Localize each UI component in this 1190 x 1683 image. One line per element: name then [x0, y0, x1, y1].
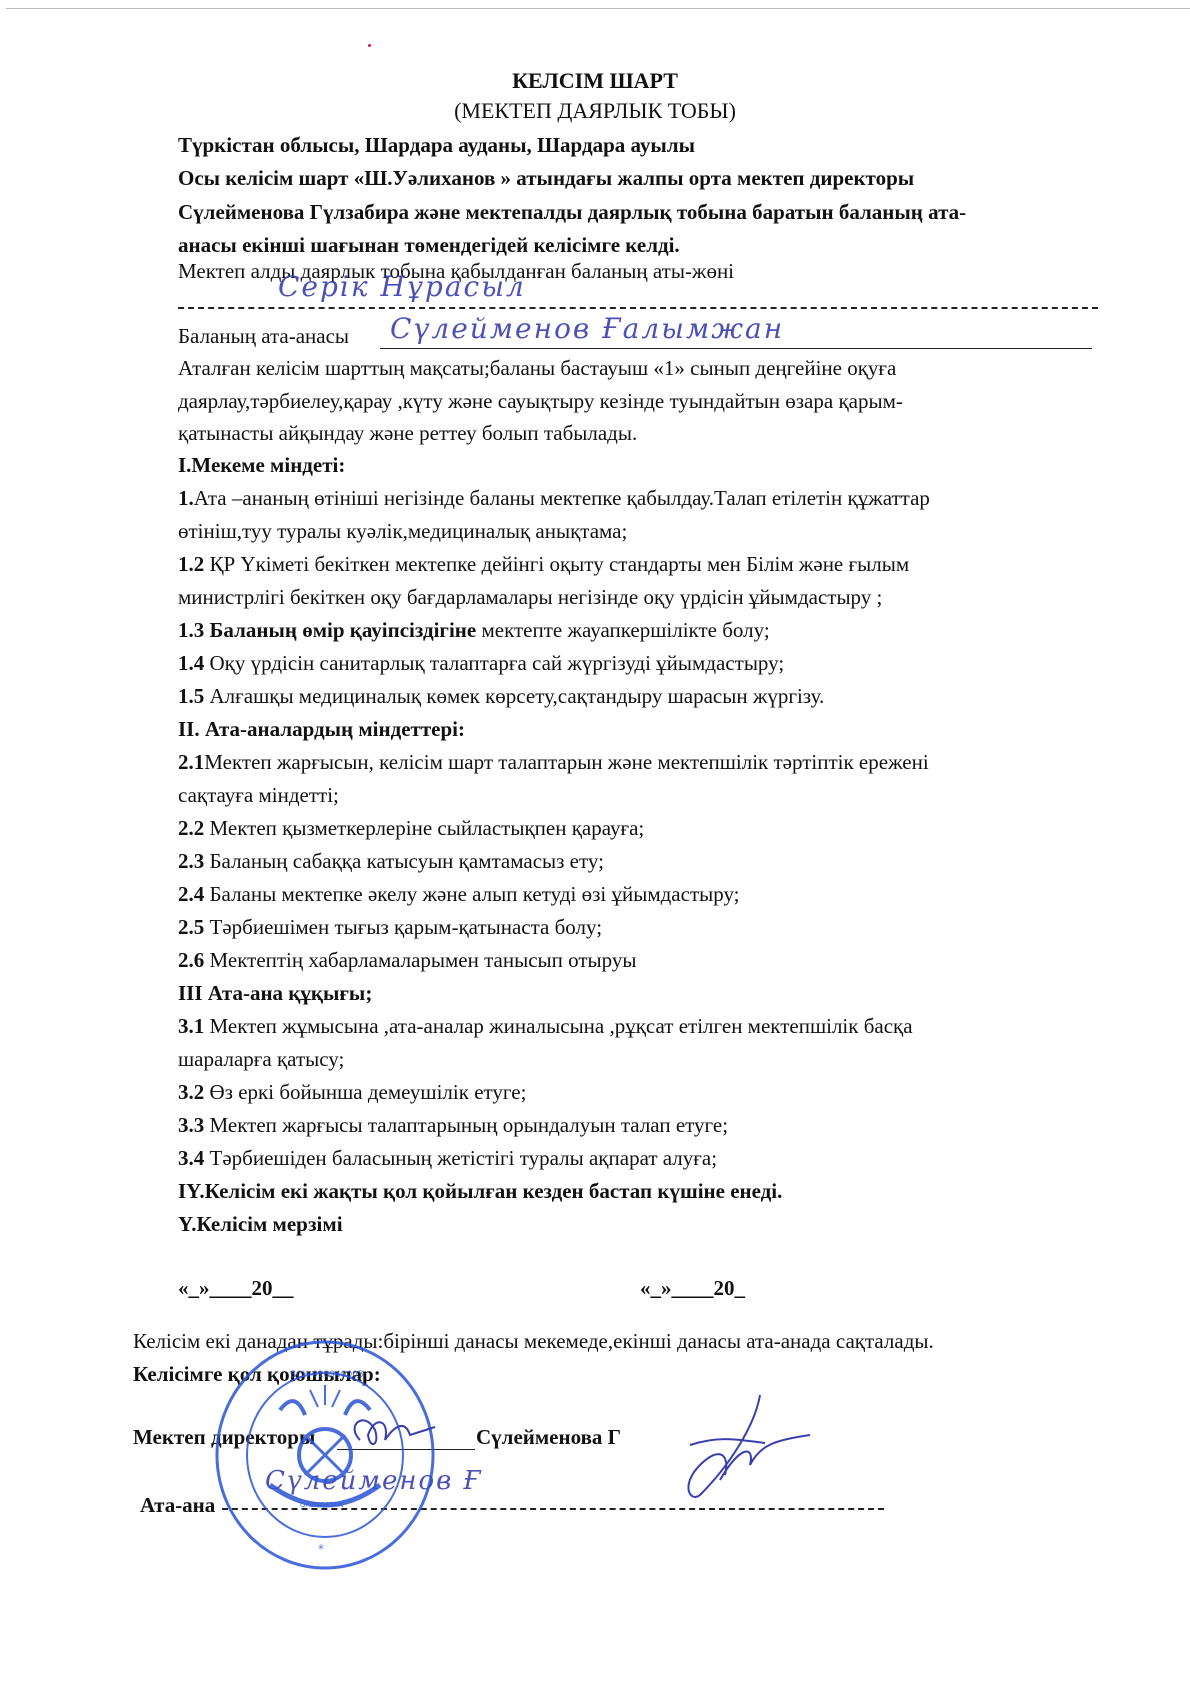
- location-line: Түркістан облысы, Шардара ауданы, Шардар…: [178, 132, 695, 158]
- purpose-line-2: даярлау,тәрбиелеу,қарау ,күту және сауық…: [178, 388, 903, 414]
- item-text: ҚР Үкіметі бекіткен мектепке дейінгі оқы…: [204, 552, 909, 576]
- item-number: 2.1: [178, 750, 204, 774]
- item-text: мектепте жауапкершілікте болу;: [476, 618, 769, 642]
- item-number: 3.4: [178, 1146, 204, 1170]
- document-subtitle: (МЕКТЕП ДАЯРЛЫК ТОБЫ): [0, 98, 1190, 124]
- intro-line-1: Осы келісім шарт «Ш.Уәлиханов » атындағы…: [178, 165, 914, 191]
- item-text: Оқу үрдісін санитарлық талаптарға сай жү…: [204, 651, 784, 675]
- section-3-heading: III Ата-ана құқығы;: [178, 980, 372, 1006]
- section-1-heading: I.Мекеме міндеті:: [178, 452, 345, 478]
- section-1-item-1: 1.Ата –ананың өтініші негізінде баланы м…: [178, 485, 930, 511]
- item-text: Ата –ананың өтініші негізінде баланы мек…: [194, 486, 930, 510]
- item-text: Мектеп жарғысы талаптарының орындалуын т…: [204, 1113, 728, 1137]
- section-2-item-5: 2.5 Тәрбиешімен тығыз қарым-қатынаста бо…: [178, 914, 602, 940]
- section-2-item-1-cont: сақтауға міндетті;: [178, 782, 339, 808]
- svg-text:QAZAQSTAN: QAZAQSTAN: [300, 1501, 343, 1509]
- item-text: Мектептің хабарламаларымен танысып отыру…: [204, 948, 636, 972]
- item-text: Баланы мектепке әкелу және алып кетуді ө…: [204, 882, 739, 906]
- parent-signature-icon: [660, 1385, 820, 1505]
- item-number: 2.5: [178, 915, 204, 939]
- parent-sign-label: Ата-ана: [140, 1492, 215, 1518]
- intro-line-3: анасы екінші шағынан төмендегідей келісі…: [178, 232, 680, 258]
- section-1-item-5: 1.5 Алғашқы медициналық көмек көрсету,са…: [178, 683, 824, 709]
- item-number: 1.: [178, 486, 194, 510]
- section-3-item-2: 3.2 Өз еркі бойынша демеушілік етуге;: [178, 1079, 526, 1105]
- item-number: 2.3: [178, 849, 204, 873]
- parent-name-handwritten: Сүлейменов Ғалымжан: [390, 312, 784, 345]
- section-2-item-4: 2.4 Баланы мектепке әкелу және алып кету…: [178, 881, 740, 907]
- child-name-handwritten: Серік Нұрасыл: [278, 270, 526, 303]
- section-1-item-4: 1.4 Оқу үрдісін санитарлық талаптарға са…: [178, 650, 784, 676]
- section-3-item-1-cont: шараларға қатысу;: [178, 1046, 344, 1072]
- item-number: 2.4: [178, 882, 204, 906]
- section-3-item-4: 3.4 Тәрбиешіден баласының жетістігі тура…: [178, 1145, 717, 1171]
- item-text: Мектеп қызметкерлеріне сыйластықпен қара…: [204, 816, 644, 840]
- item-number: 3.2: [178, 1080, 204, 1104]
- svg-text:*: *: [318, 1542, 324, 1556]
- parent-field-line[interactable]: [380, 348, 1092, 349]
- item-text: Тәрбиешіден баласының жетістігі туралы а…: [204, 1146, 717, 1170]
- section-1-item-2-cont: министрлігі бекіткен оқу бағдарламалары …: [178, 584, 882, 610]
- clause-iv: IY.Келісім екі жақты қол қойылған кезден…: [178, 1178, 782, 1204]
- section-2-item-2: 2.2 Мектеп қызметкерлеріне сыйластықпен …: [178, 815, 644, 841]
- item-number: 1.2: [178, 552, 204, 576]
- section-3-item-3: 3.3 Мектеп жарғысы талаптарының орындалу…: [178, 1112, 728, 1138]
- clause-v: Y.Келісім мерзімі: [178, 1211, 343, 1237]
- official-stamp-icon: БСН 010940005 QAZAQSTAN *: [210, 1335, 440, 1575]
- item-number: 1.3 Баланың өмір қауіпсіздігіне: [178, 618, 476, 642]
- ink-speck: [368, 44, 371, 47]
- item-text: Мектеп жұмысына ,ата-аналар жиналысына ,…: [204, 1014, 912, 1038]
- intro-line-2: Сүлейменова Гүлзабира және мектепалды да…: [178, 199, 966, 225]
- document-title: КЕЛСІМ ШАРТ: [0, 68, 1190, 94]
- section-1-item-3: 1.3 Баланың өмір қауіпсіздігіне мектепте…: [178, 617, 770, 643]
- section-2-heading: II. Ата-аналардың міндеттері:: [178, 716, 465, 742]
- section-2-item-6: 2.6 Мектептің хабарламаларымен танысып о…: [178, 947, 636, 973]
- item-text: Өз еркі бойынша демеушілік етуге;: [204, 1080, 526, 1104]
- item-text: Мектеп жарғысын, келісім шарт талаптарын…: [204, 750, 928, 774]
- section-3-item-1: 3.1 Мектеп жұмысына ,ата-аналар жиналысы…: [178, 1013, 913, 1039]
- item-text: Тәрбиешімен тығыз қарым-қатынаста болу;: [204, 915, 602, 939]
- item-text: Алғашқы медициналық көмек көрсету,сақтан…: [204, 684, 824, 708]
- section-2-item-3: 2.3 Баланың сабаққа катысуын қамтамасыз …: [178, 848, 604, 874]
- date-left[interactable]: «_»____20__: [178, 1275, 294, 1301]
- section-1-item-2: 1.2 ҚР Үкіметі бекіткен мектепке дейінгі…: [178, 551, 909, 577]
- parent-label: Баланың ата-анасы: [178, 323, 349, 349]
- item-number: 2.2: [178, 816, 204, 840]
- item-number: 3.1: [178, 1014, 204, 1038]
- director-name: Сүлейменова Г: [476, 1424, 621, 1450]
- item-text: Баланың сабаққа катысуын қамтамасыз ету;: [204, 849, 604, 873]
- item-number: 1.4: [178, 651, 204, 675]
- section-1-item-1-cont: өтініш,туу туралы куәлік,медициналық аны…: [178, 518, 627, 544]
- director-signature-icon: [340, 1405, 450, 1455]
- date-right[interactable]: «_»____20_: [640, 1275, 745, 1301]
- child-name-field-line[interactable]: [178, 307, 1098, 309]
- svg-text:БСН 010940005: БСН 010940005: [290, 1370, 364, 1380]
- item-number: 3.3: [178, 1113, 204, 1137]
- purpose-line-3: қатынасты айқындау және реттеу болып таб…: [178, 420, 637, 446]
- scan-edge: [6, 8, 1190, 9]
- purpose-line-1: Аталған келісім шарттың мақсаты;баланы б…: [178, 355, 896, 381]
- item-number: 2.6: [178, 948, 204, 972]
- section-2-item-1: 2.1Мектеп жарғысын, келісім шарт талапта…: [178, 749, 929, 775]
- item-number: 1.5: [178, 684, 204, 708]
